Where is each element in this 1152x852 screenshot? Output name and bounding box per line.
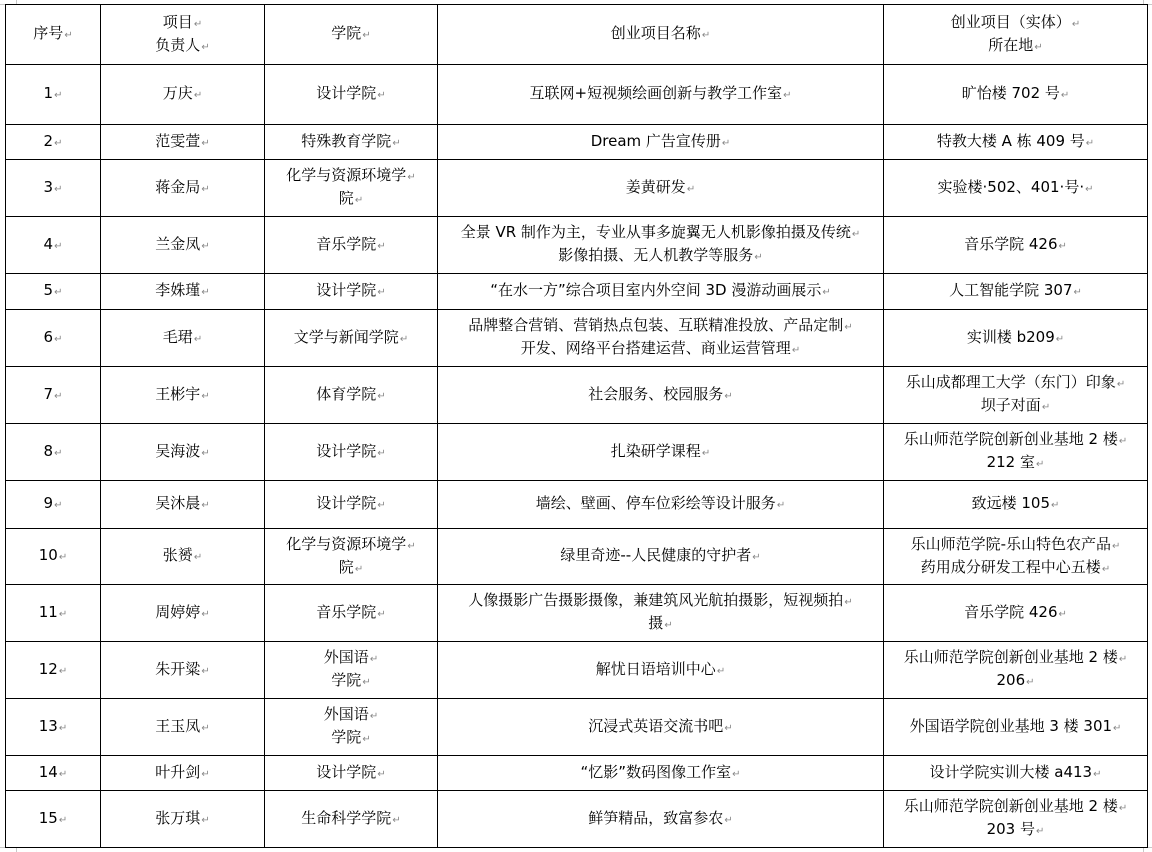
cell-project-name[interactable]: Dream 广告宣传册 [438,125,884,160]
cell-project-location[interactable]: 乐山师范学院创新创业基地 2 楼212 室 [884,424,1148,481]
cell-project-name[interactable]: 沉浸式英语交流书吧 [438,699,884,756]
cell-college[interactable]: 化学与资源环境学院 [265,529,438,585]
cell-project-location[interactable]: 音乐学院 426 [884,585,1148,642]
cell-text: 外国语 [324,705,369,723]
return-arrow-icon [201,287,209,298]
cell-project-name[interactable]: 人像摄影广告摄影摄像，兼建筑风光航拍摄影，短视频拍摄 [438,585,884,642]
table-row: 1万庆设计学院互联网+短视频绘画创新与教学工作室旷怡楼 702 号 [6,65,1148,125]
cell-text-line: 乐山师范学院创新创业基地 2 楼 [890,429,1141,452]
cell-text-line: 范雯萱 [107,131,258,154]
cell-text-line: 张万琪 [107,808,258,831]
cell-text: 6 [44,328,54,346]
cell-project-leader[interactable]: 李姝瑾 [101,274,265,310]
cell-text: 13 [39,717,58,735]
return-arrow-icon [362,30,370,41]
cell-text: 外国语 [324,648,369,666]
return-arrow-icon [400,334,408,345]
cell-text-line: 音乐学院 426 [890,602,1141,625]
cell-project-location[interactable]: 外国语学院创业基地 3 楼 301 [884,699,1148,756]
cell-text: 张万琪 [155,809,200,827]
cell-text-line: 绿里奇迹--人民健康的守护者 [444,545,877,568]
cell-text: 叶升剑 [155,763,200,781]
cell-text-line: 设计学院实训大楼 a413 [890,762,1141,785]
cell-serial-number[interactable]: 5 [6,274,101,310]
return-arrow-icon [687,184,695,195]
cell-text-line: 创业项目（实体） [890,12,1141,35]
cell-text-line: 音乐学院 [271,234,431,257]
cell-project-name[interactable]: 鲜笋精品，致富参农 [438,791,884,848]
cell-college[interactable]: 设计学院 [265,756,438,791]
return-arrow-icon [1036,826,1044,837]
cell-text: 扎染研学课程 [611,442,701,460]
cell-text: 墙绘、壁画、停车位彩绘等设计服务 [536,494,776,512]
cell-text-line: 外国语学院创业基地 3 楼 301 [890,716,1141,739]
return-arrow-icon [754,252,762,263]
cell-project-leader[interactable]: 张万琪 [101,791,265,848]
cell-text-line: 5 [12,280,94,303]
cell-serial-number[interactable]: 1 [6,65,101,125]
return-arrow-icon [783,90,791,101]
cell-text-line: “在水一方”综合项目室内外空间 3D 漫游动画展示 [444,280,877,303]
cell-project-location[interactable]: 乐山师范学院-乐山特色农产品药用成分研发工程中心五楼 [884,529,1148,585]
return-arrow-icon [194,334,202,345]
cell-text-line: 鲜笋精品，致富参农 [444,808,877,831]
return-arrow-icon [702,448,710,459]
cell-text-line: 创业项目名称 [444,23,877,46]
cell-text: 项目 [163,13,193,31]
return-arrow-icon [201,184,209,195]
cell-serial-number[interactable]: 11 [6,585,101,642]
cell-text: 王彬宇 [155,385,200,403]
cell-serial-number[interactable]: 9 [6,481,101,529]
return-arrow-icon [1113,723,1121,734]
return-arrow-icon [392,138,400,149]
cell-text-line: 人像摄影广告摄影摄像，兼建筑风光航拍摄影，短视频拍 [444,590,877,613]
cell-text-line: 旷怡楼 702 号 [890,83,1141,106]
header-college[interactable]: 学院 [265,5,438,65]
cell-text-line: 姜黄研发 [444,177,877,200]
cell-text: 序号 [33,24,63,42]
cell-text-line: 设计学院 [271,762,431,785]
table-row: 12朱开粱外国语学院解忧日语培训中心乐山师范学院创新创业基地 2 楼206 [6,642,1148,699]
cell-text-line: 蒋金局 [107,177,258,200]
cell-serial-number[interactable]: 4 [6,217,101,274]
cell-serial-number[interactable]: 10 [6,529,101,585]
cell-text: 蒋金局 [155,178,200,196]
cell-college[interactable]: 生命科学学院 [265,791,438,848]
cell-text-line: 化学与资源环境学 [271,165,431,188]
return-arrow-icon [59,723,67,734]
table-row: 2范雯萱特殊教育学院Dream 广告宣传册特教大楼 A 栋 409 号 [6,125,1148,160]
table-row: 15张万琪生命科学学院鲜笋精品，致富参农乐山师范学院创新创业基地 2 楼203 … [6,791,1148,848]
cell-text-line: 特教大楼 A 栋 409 号 [890,131,1141,154]
cell-text-line: 摄 [444,613,877,636]
cell-project-location[interactable]: 旷怡楼 702 号 [884,65,1148,125]
return-arrow-icon [1093,769,1101,780]
cell-text: 5 [44,281,54,299]
header-serial-number[interactable]: 序号 [6,5,101,65]
cell-text: 音乐学院 426 [964,235,1057,253]
cell-college[interactable]: 外国语学院 [265,699,438,756]
cell-text-line: 沉浸式英语交流书吧 [444,716,877,739]
table-body: 1万庆设计学院互联网+短视频绘画创新与教学工作室旷怡楼 702 号2范雯萱特殊教… [6,65,1148,848]
table-row: 6毛珺文学与新闻学院品牌整合营销、营销热点包装、互联精准投放、产品定制开发、网络… [6,310,1148,367]
cell-text-line: 人工智能学院 307 [890,280,1141,303]
cell-project-leader[interactable]: 万庆 [101,65,265,125]
cell-text: 解忧日语培训中心 [596,660,716,678]
cell-text: 3 [44,178,54,196]
return-arrow-icon [1119,803,1127,814]
return-arrow-icon [362,677,370,688]
return-arrow-icon [407,172,415,183]
return-arrow-icon [201,609,209,620]
cell-college[interactable]: 体育学院 [265,367,438,424]
cell-text-line: 扎染研学课程 [444,441,877,464]
cell-text: 所在地 [988,36,1033,54]
return-arrow-icon [59,815,67,826]
cell-text: 致远楼 105 [972,494,1050,512]
cell-text-line: 2 [12,131,94,154]
cell-text-line: 设计学院 [271,83,431,106]
return-arrow-icon [194,19,202,30]
cell-text-line: 院 [271,557,431,580]
cell-text-line: 张赟 [107,545,258,568]
cell-text-line: 致远楼 105 [890,493,1141,516]
cell-text: 12 [39,660,58,678]
cell-text: 特殊教育学院 [301,132,391,150]
cell-text: 周婷婷 [155,603,200,621]
cell-text-line: 203 号 [890,819,1141,842]
cell-text-line: 206 [890,670,1141,693]
return-arrow-icon [1072,19,1080,30]
cell-text: 学院 [331,728,361,746]
cell-project-name[interactable]: 扎染研学课程 [438,424,884,481]
return-arrow-icon [1051,500,1059,511]
return-arrow-icon [59,609,67,620]
cell-text: 9 [44,494,54,512]
cell-text: 学院 [331,671,361,689]
cell-text-line: 品牌整合营销、营销热点包装、互联精准投放、产品定制 [444,315,877,338]
cell-text: 乐山师范学院-乐山特色农产品 [911,535,1111,553]
cell-project-name[interactable]: 解忧日语培训中心 [438,642,884,699]
cell-project-location[interactable]: 乐山师范学院创新创业基地 2 楼203 号 [884,791,1148,848]
cell-text: 坝子对面 [981,396,1041,414]
return-arrow-icon [54,90,62,101]
cell-text-line: 周婷婷 [107,602,258,625]
cell-text: 学院 [331,24,361,42]
cell-serial-number[interactable]: 13 [6,699,101,756]
cell-text-line: 212 室 [890,452,1141,475]
cell-text-line: 7 [12,384,94,407]
return-arrow-icon [377,287,385,298]
cell-project-name[interactable]: 社会服务、校园服务 [438,367,884,424]
cell-project-leader[interactable]: 叶升剑 [101,756,265,791]
return-arrow-icon [201,666,209,677]
cell-text-line: 特殊教育学院 [271,131,431,154]
cell-project-name[interactable]: 绿里奇迹--人民健康的守护者 [438,529,884,585]
cell-text-line: 外国语 [271,647,431,670]
cell-text: “在水一方”综合项目室内外空间 3D 漫游动画展示 [490,281,821,299]
cell-text: 设计学院 [316,84,376,102]
cell-college[interactable]: 设计学院 [265,424,438,481]
cell-project-leader[interactable]: 吴海波 [101,424,265,481]
cell-text-line: 墙绘、壁画、停车位彩绘等设计服务 [444,493,877,516]
cell-text: 互联网+短视频绘画创新与教学工作室 [530,84,783,102]
return-arrow-icon [201,815,209,826]
cell-text: 药用成分研发工程中心五楼 [921,558,1101,576]
cell-project-leader[interactable]: 王玉凤 [101,699,265,756]
return-arrow-icon [59,769,67,780]
cell-text-line: 全景 VR 制作为主，专业从事多旋翼无人机影像拍摄及传统 [444,222,877,245]
cell-text: 10 [39,546,58,564]
cell-text: 203 号 [987,820,1035,838]
return-arrow-icon [1034,42,1042,53]
cell-text: 鲜笋精品，致富参农 [588,809,723,827]
return-arrow-icon [1086,138,1094,149]
cell-serial-number[interactable]: 8 [6,424,101,481]
return-arrow-icon [54,500,62,511]
cell-text: 212 室 [987,453,1035,471]
return-arrow-icon [355,564,363,575]
cell-text-line: 王彬宇 [107,384,258,407]
cell-college[interactable]: 设计学院 [265,274,438,310]
cell-college[interactable]: 设计学院 [265,65,438,125]
cell-text: 人工智能学院 307 [949,281,1072,299]
cell-project-leader[interactable]: 王彬宇 [101,367,265,424]
cell-project-leader[interactable]: 兰金凤 [101,217,265,274]
cell-text-line: 1 [12,83,94,106]
cell-serial-number[interactable]: 14 [6,756,101,791]
cell-college[interactable]: 设计学院 [265,481,438,529]
cell-text: 特教大楼 A 栋 409 号 [937,132,1085,150]
cell-text-line: 乐山师范学院创新创业基地 2 楼 [890,647,1141,670]
cell-text: 设计学院实训大楼 a413 [930,763,1093,781]
return-arrow-icon [732,769,740,780]
cell-text: 影像拍摄、无人机教学等服务 [558,246,753,264]
cell-text-line: 乐山师范学院-乐山特色农产品 [890,534,1141,557]
return-arrow-icon [844,322,852,333]
cell-project-leader[interactable]: 张赟 [101,529,265,585]
cell-project-name[interactable]: 互联网+短视频绘画创新与教学工作室 [438,65,884,125]
return-arrow-icon [702,30,710,41]
cell-text-line: 互联网+短视频绘画创新与教学工作室 [444,83,877,106]
cell-text-line: 学院 [271,23,431,46]
table-row: 14叶升剑设计学院“忆影”数码图像工作室设计学院实训大楼 a413 [6,756,1148,791]
cell-serial-number[interactable]: 6 [6,310,101,367]
table-row: 5李姝瑾设计学院“在水一方”综合项目室内外空间 3D 漫游动画展示人工智能学院 … [6,274,1148,310]
cell-text: 人像摄影广告摄影摄像，兼建筑风光航拍摄影，短视频拍 [468,591,843,609]
cell-text-line: 负责人 [107,35,258,58]
return-arrow-icon [1119,436,1127,447]
return-arrow-icon [377,500,385,511]
cell-text: 设计学院 [316,442,376,460]
cell-serial-number[interactable]: 2 [6,125,101,160]
return-arrow-icon [1085,184,1093,195]
cell-text-line: 11 [12,602,94,625]
cell-serial-number[interactable]: 7 [6,367,101,424]
return-arrow-icon [54,391,62,402]
header-row: 序号项目负责人学院创业项目名称创业项目（实体）所在地 [6,5,1148,65]
return-arrow-icon [852,229,860,240]
return-arrow-icon [1036,459,1044,470]
cell-text: 开发、网络平台搭建运营、商业运营管理 [521,339,791,357]
cell-project-name[interactable]: “忆影”数码图像工作室 [438,756,884,791]
cell-text: 乐山师范学院创新创业基地 2 楼 [904,430,1118,448]
return-arrow-icon [201,448,209,459]
cell-text: 社会服务、校园服务 [588,385,723,403]
return-arrow-icon [194,90,202,101]
cell-text-line: 设计学院 [271,280,431,303]
return-arrow-icon [194,552,202,563]
cell-project-location[interactable]: 致远楼 105 [884,481,1148,529]
cell-project-name[interactable]: 全景 VR 制作为主，专业从事多旋翼无人机影像拍摄及传统影像拍摄、无人机教学等服… [438,217,884,274]
return-arrow-icon [370,654,378,665]
cell-text: 设计学院 [316,494,376,512]
cell-text: 乐山师范学院创新创业基地 2 楼 [904,797,1118,815]
cell-text-line: 12 [12,659,94,682]
cell-text: 音乐学院 [316,603,376,621]
cell-text-line: 设计学院 [271,441,431,464]
return-arrow-icon [201,42,209,53]
return-arrow-icon [64,30,72,41]
return-arrow-icon [792,345,800,356]
cell-text-line: 文学与新闻学院 [271,327,431,350]
cell-text-line: 8 [12,441,94,464]
cell-text: Dream 广告宣传册 [591,132,721,150]
return-arrow-icon [1117,379,1125,390]
table-row: 8吴海波设计学院扎染研学课程乐山师范学院创新创业基地 2 楼212 室 [6,424,1148,481]
cell-text: 吴海波 [155,442,200,460]
cell-text: 乐山师范学院创新创业基地 2 楼 [904,648,1118,666]
cell-project-location[interactable]: 乐山成都理工大学（东门）印象坝子对面 [884,367,1148,424]
return-arrow-icon [201,241,209,252]
cell-text: 朱开粱 [155,660,200,678]
cell-college[interactable]: 外国语学院 [265,642,438,699]
cell-project-location[interactable]: 实训楼 b209 [884,310,1148,367]
return-arrow-icon [392,815,400,826]
cell-text: “忆影”数码图像工作室 [581,763,732,781]
return-arrow-icon [377,769,385,780]
cell-college[interactable]: 音乐学院 [265,585,438,642]
cell-text-line: “忆影”数码图像工作室 [444,762,877,785]
cell-project-name[interactable]: 墙绘、壁画、停车位彩绘等设计服务 [438,481,884,529]
cell-project-leader[interactable]: 吴沐晨 [101,481,265,529]
cell-project-location[interactable]: 乐山师范学院创新创业基地 2 楼206 [884,642,1148,699]
cell-college[interactable]: 音乐学院 [265,217,438,274]
startup-projects-table: 序号项目负责人学院创业项目名称创业项目（实体）所在地 1万庆设计学院互联网+短视… [5,4,1148,848]
cell-text: 王玉凤 [155,717,200,735]
cell-text-line: 解忧日语培训中心 [444,659,877,682]
cell-text: 摄 [648,614,663,632]
table-row: 3蒋金局化学与资源环境学院姜黄研发实验楼·502、401·号· [6,160,1148,217]
cell-text-line: 王玉凤 [107,716,258,739]
cell-serial-number[interactable]: 12 [6,642,101,699]
cell-text-line: 所在地 [890,35,1141,58]
return-arrow-icon [1102,564,1110,575]
cell-text: 体育学院 [316,385,376,403]
cell-text-line: 学院 [271,670,431,693]
cell-text: 旷怡楼 702 号 [962,84,1060,102]
header-project-location[interactable]: 创业项目（实体）所在地 [884,5,1148,65]
cell-text: 乐山成都理工大学（东门）印象 [906,373,1116,391]
return-arrow-icon [201,138,209,149]
cell-text: 创业项目名称 [611,24,701,42]
cell-text-line: 生命科学学院 [271,808,431,831]
header-project-leader[interactable]: 项目负责人 [101,5,265,65]
return-arrow-icon [377,391,385,402]
cell-text-line: 实验楼·502、401·号· [890,177,1141,200]
cell-project-name[interactable]: “在水一方”综合项目室内外空间 3D 漫游动画展示 [438,274,884,310]
cell-college[interactable]: 文学与新闻学院 [265,310,438,367]
cell-text-line: 音乐学院 426 [890,234,1141,257]
cell-text-line: 药用成分研发工程中心五楼 [890,557,1141,580]
return-arrow-icon [377,609,385,620]
table-row: 10张赟化学与资源环境学院绿里奇迹--人民健康的守护者乐山师范学院-乐山特色农产… [6,529,1148,585]
cell-project-leader[interactable]: 蒋金局 [101,160,265,217]
return-arrow-icon [54,184,62,195]
cell-serial-number[interactable]: 3 [6,160,101,217]
return-arrow-icon [777,500,785,511]
cell-project-leader[interactable]: 周婷婷 [101,585,265,642]
return-arrow-icon [201,500,209,511]
table-row: 11周婷婷音乐学院人像摄影广告摄影摄像，兼建筑风光航拍摄影，短视频拍摄音乐学院 … [6,585,1148,642]
cell-serial-number[interactable]: 15 [6,791,101,848]
cell-project-location[interactable]: 音乐学院 426 [884,217,1148,274]
cell-project-location[interactable]: 实验楼·502、401·号· [884,160,1148,217]
cell-college[interactable]: 特殊教育学院 [265,125,438,160]
cell-text: 品牌整合营销、营销热点包装、互联精准投放、产品定制 [468,316,843,334]
cell-text-line: 学院 [271,727,431,750]
return-arrow-icon [201,391,209,402]
cell-project-name[interactable]: 姜黄研发 [438,160,884,217]
cell-text: 李姝瑾 [155,281,200,299]
return-arrow-icon [1056,334,1064,345]
return-arrow-icon [377,90,385,101]
return-arrow-icon [201,723,209,734]
cell-text: 文学与新闻学院 [294,328,399,346]
cell-project-location[interactable]: 特教大楼 A 栋 409 号 [884,125,1148,160]
return-arrow-icon [724,391,732,402]
cell-text: 姜黄研发 [626,178,686,196]
cell-project-leader[interactable]: 毛珺 [101,310,265,367]
cell-text-line: 社会服务、校园服务 [444,384,877,407]
cell-text-line: 开发、网络平台搭建运营、商业运营管理 [444,338,877,361]
header-project-name[interactable]: 创业项目名称 [438,5,884,65]
return-arrow-icon [1112,541,1120,552]
cell-text-line: 兰金凤 [107,234,258,257]
cell-text-line: 10 [12,545,94,568]
return-arrow-icon [822,287,830,298]
cell-text: 14 [39,763,58,781]
cell-text: 设计学院 [316,281,376,299]
cell-project-location[interactable]: 人工智能学院 307 [884,274,1148,310]
cell-project-leader[interactable]: 朱开粱 [101,642,265,699]
cell-project-location[interactable]: 设计学院实训大楼 a413 [884,756,1148,791]
cell-project-leader[interactable]: 范雯萱 [101,125,265,160]
return-arrow-icon [1059,241,1067,252]
cell-text: 外国语学院创业基地 3 楼 301 [910,717,1112,735]
cell-text-line: 实训楼 b209 [890,327,1141,350]
cell-text: 生命科学学院 [301,809,391,827]
cell-text-line: 9 [12,493,94,516]
return-arrow-icon [54,334,62,345]
cell-project-name[interactable]: 品牌整合营销、营销热点包装、互联精准投放、产品定制开发、网络平台搭建运营、商业运… [438,310,884,367]
cell-text: 8 [44,442,54,460]
cell-text: 实验楼·502、401·号· [938,178,1085,196]
cell-text: 负责人 [155,36,200,54]
cell-text: 4 [44,235,54,253]
cell-college[interactable]: 化学与资源环境学院 [265,160,438,217]
